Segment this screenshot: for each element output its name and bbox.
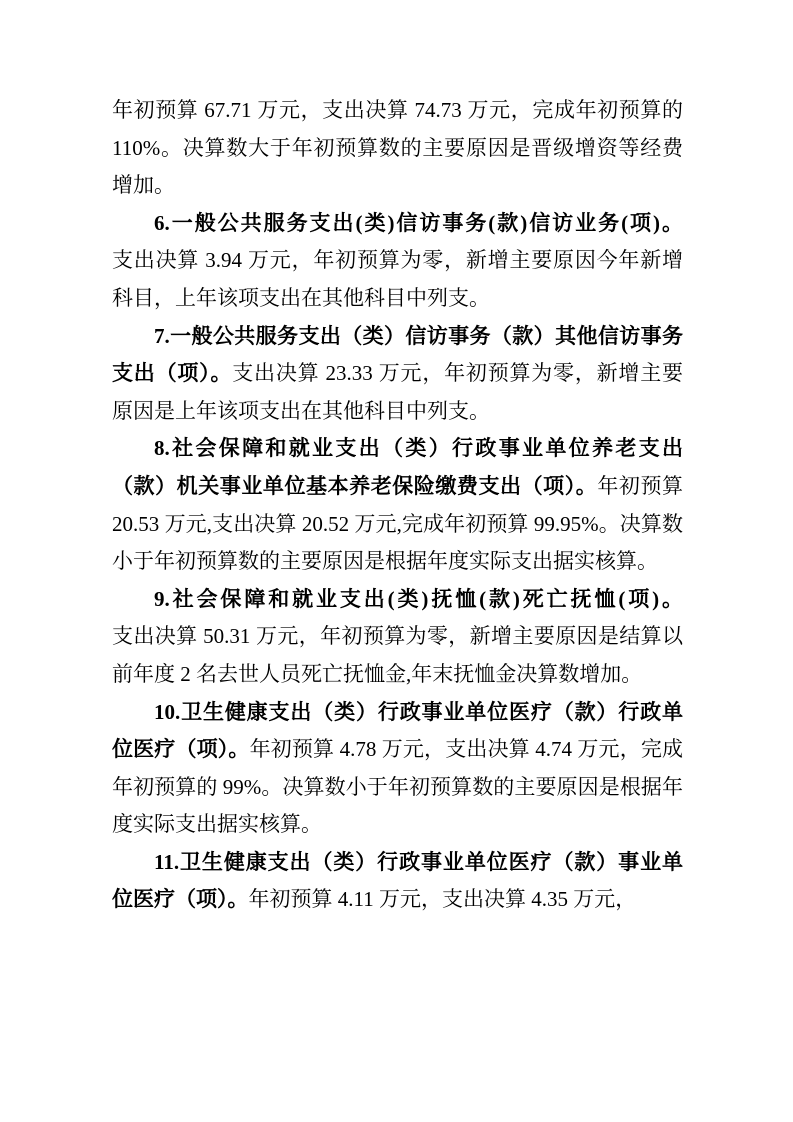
paragraph-item-7: 7.一般公共服务支出（类）信访事务（款）其他信访事务支出（项）。支出决算 23.…: [112, 318, 683, 431]
paragraph-item-8: 8.社会保障和就业支出（类）行政事业单位养老支出（款）机关事业单位基本养老保险缴…: [112, 430, 683, 580]
item-6-heading: 6.一般公共服务支出(类)信访事务(款)信访业务(项)。: [112, 205, 683, 243]
paragraph-continuation-text: 年初预算 67.71 万元，支出决算 74.73 万元，完成年初预算的 110%…: [112, 98, 683, 197]
paragraph-item-9: 9.社会保障和就业支出(类)抚恤(款)死亡抚恤(项)。支出决算 50.31 万元…: [112, 581, 683, 694]
paragraph-continuation: 年初预算 67.71 万元，支出决算 74.73 万元，完成年初预算的 110%…: [112, 92, 683, 205]
item-6-body: 支出决算 3.94 万元，年初预算为零，新增主要原因今年新增科目，上年该项支出在…: [112, 242, 683, 317]
document-page: 年初预算 67.71 万元，支出决算 74.73 万元，完成年初预算的 110%…: [0, 0, 793, 1122]
paragraph-item-6: 6.一般公共服务支出(类)信访事务(款)信访业务(项)。支出决算 3.94 万元…: [112, 205, 683, 318]
paragraph-item-11: 11.卫生健康支出（类）行政事业单位医疗（款）事业单位医疗（项）。年初预算 4.…: [112, 844, 683, 919]
paragraph-item-10: 10.卫生健康支出（类）行政事业单位医疗（款）行政单位医疗（项）。年初预算 4.…: [112, 694, 683, 844]
item-11-body: 年初预算 4.11 万元，支出决算 4.35 万元，: [249, 887, 637, 911]
item-9-heading: 9.社会保障和就业支出(类)抚恤(款)死亡抚恤(项)。: [112, 581, 683, 619]
item-9-body: 支出决算 50.31 万元，年初预算为零，新增主要原因是结算以前年度 2 名去世…: [112, 618, 683, 693]
